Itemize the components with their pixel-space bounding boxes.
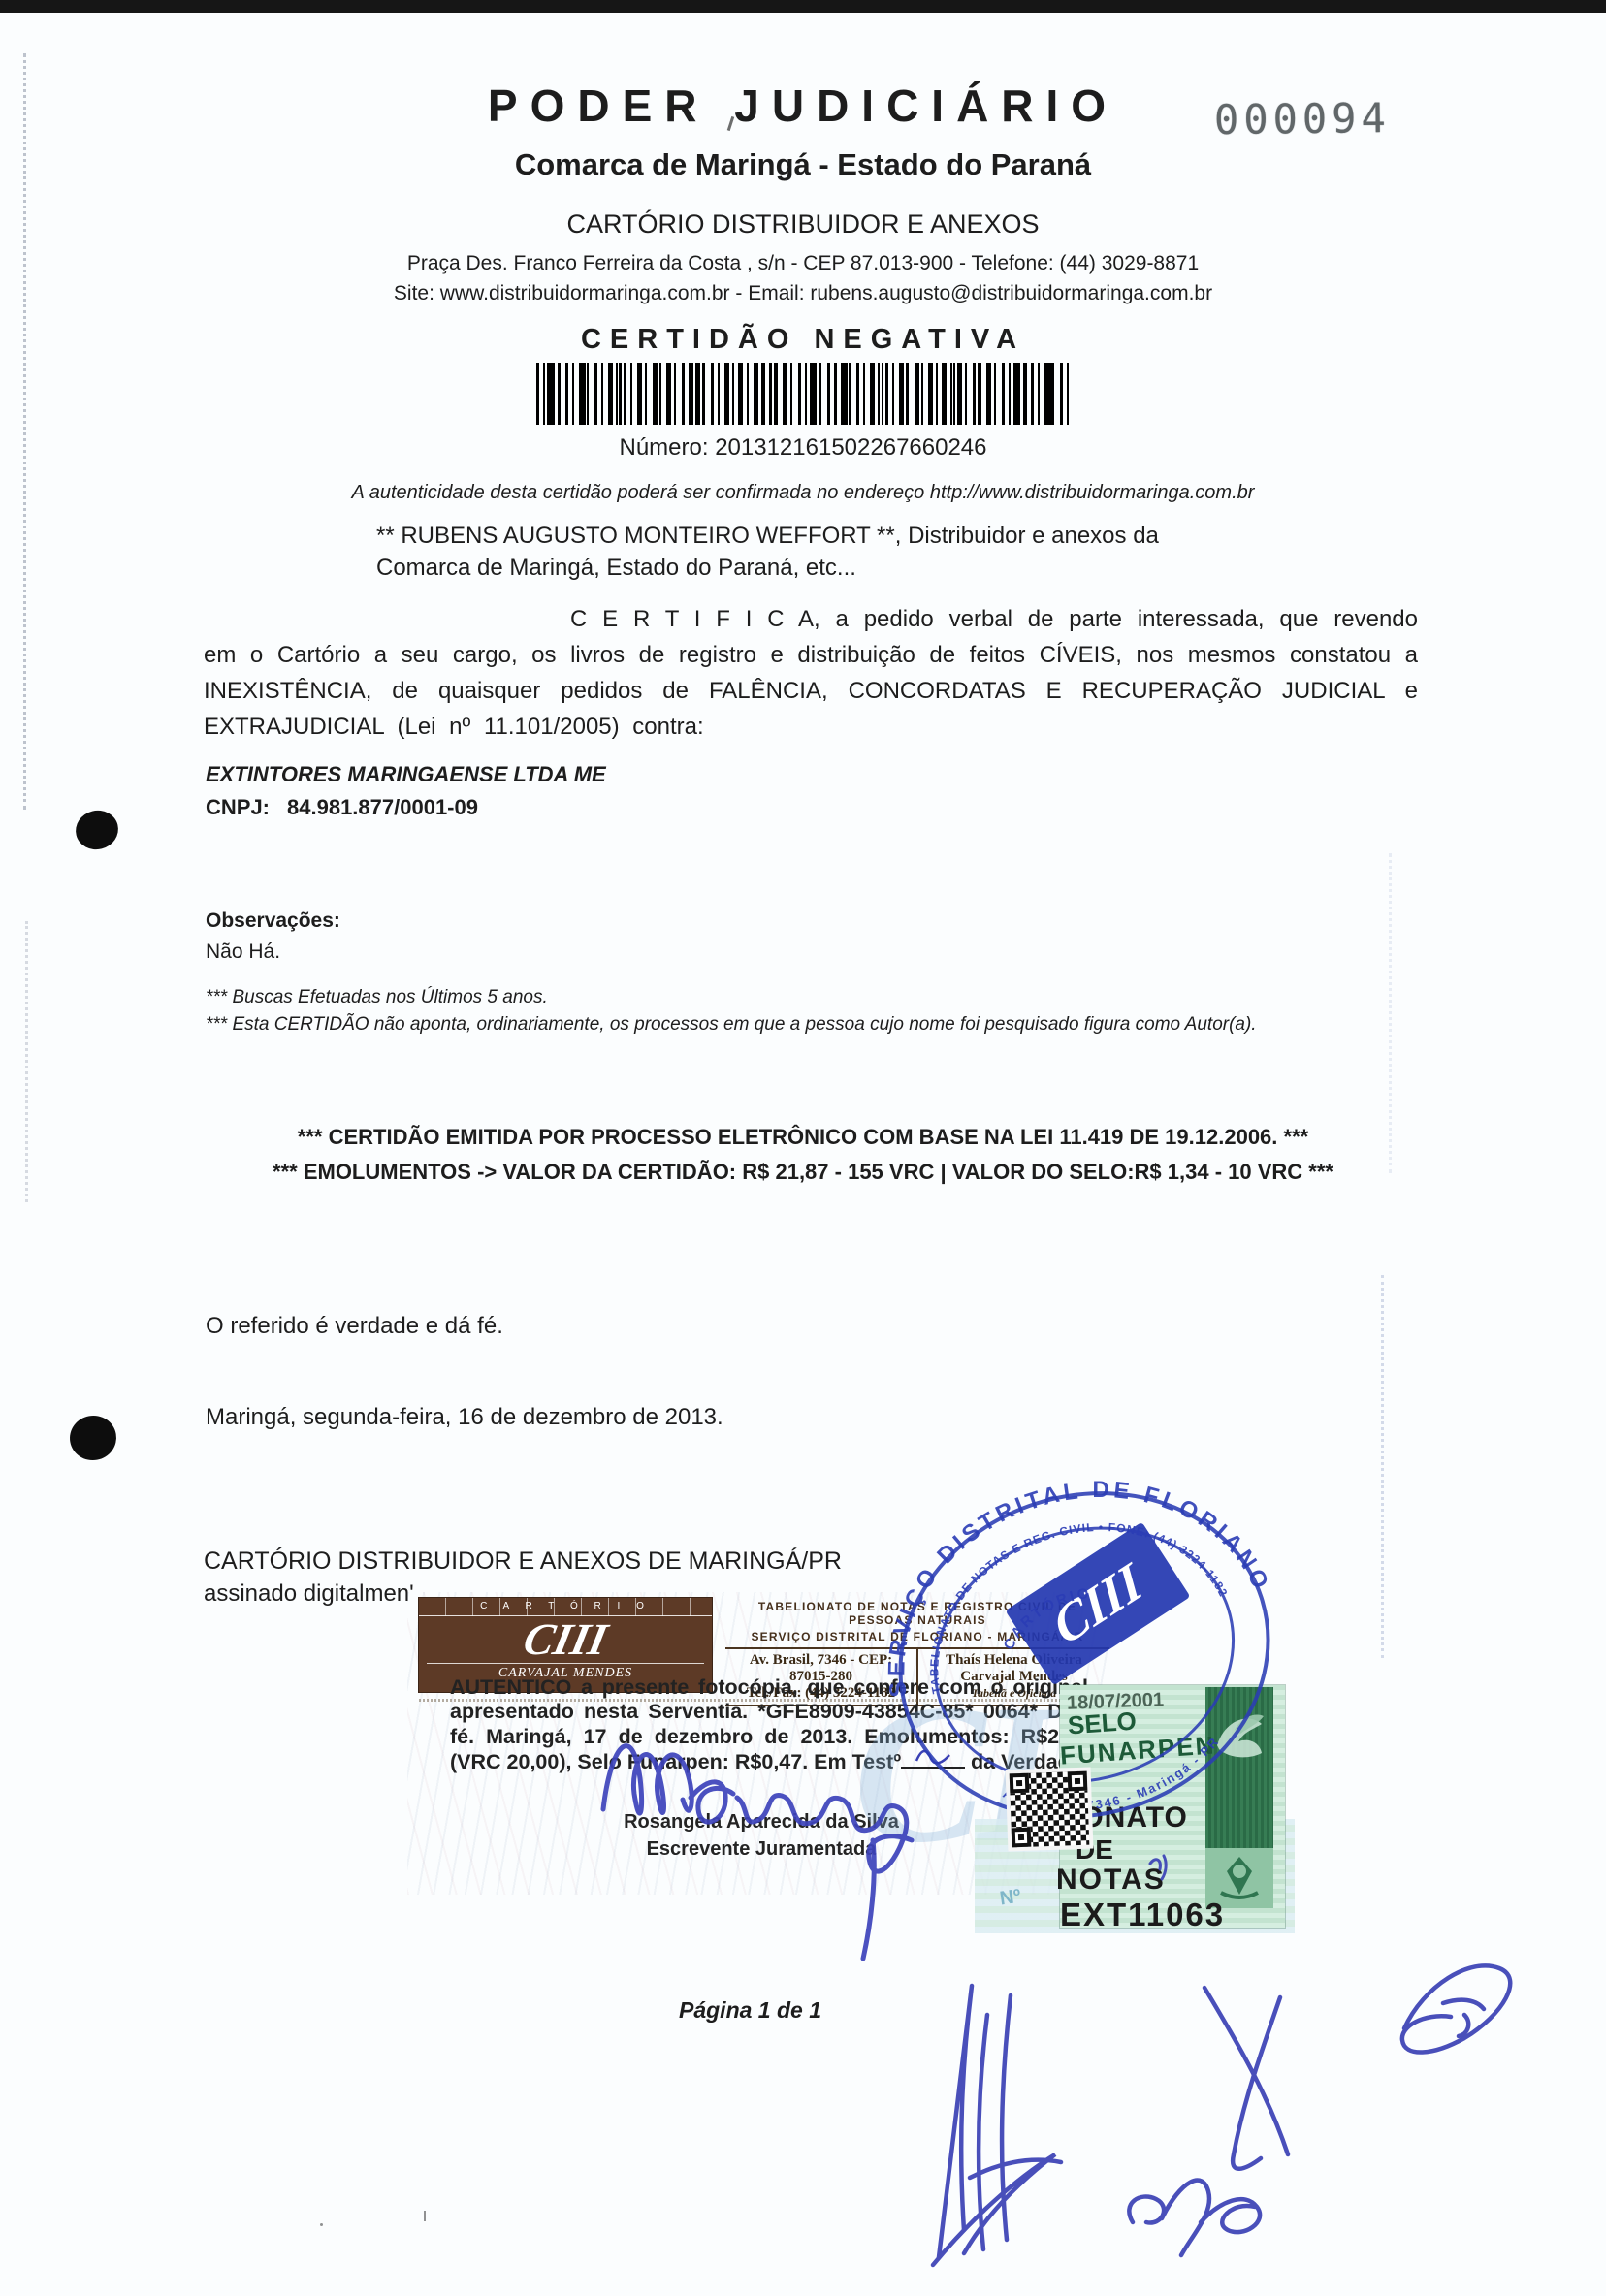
observations-value: Não Há. (206, 941, 280, 964)
certificate-number: Número: 201312161502267660246 (0, 434, 1606, 462)
footnote-searches: *** Buscas Efetuadas nos Últimos 5 anos. (206, 987, 548, 1008)
office-name: CARTÓRIO DISTRIBUIDOR E ANEXOS (0, 209, 1606, 239)
svg-text:CARTÓRIO: CARTÓRIO (990, 1581, 1103, 1656)
scanned-certificate-page: PODER JUDICIÁRIO 000094 Comarca de Marin… (0, 0, 1606, 2296)
page-subtitle: Comarca de Maringá - Estado do Paraná (0, 147, 1606, 182)
scan-pen-mark (320, 2223, 323, 2226)
signature-oval (1402, 1965, 1510, 2052)
certificate-title: CERTIDÃO NEGATIVA (0, 324, 1606, 356)
barcode (536, 363, 1070, 425)
cnpj-label: CNPJ: (206, 795, 270, 819)
certifies-paragraph: C E R T I F I C A, a pedido verbal de pa… (204, 601, 1418, 745)
authenticity-note: A autenticidade desta certidão poderá se… (0, 482, 1606, 504)
signature-initials (1129, 2196, 1164, 2222)
emission-line-fees: *** EMOLUMENTOS -> VALOR DA CERTIDÃO: R$… (0, 1160, 1606, 1185)
digital-signature-note: assinado digitalmen' (204, 1580, 414, 1608)
page-number-label: Página 1 de 1 (679, 1997, 821, 2024)
authentication-strong: AUTENTICO (450, 1675, 571, 1699)
subject-cnpj: CNPJ:84.981.877/0001-09 (206, 795, 478, 820)
registrar-paragraph: ** RUBENS AUGUSTO MONTEIRO WEFFORT **, D… (376, 520, 1175, 584)
certifies-lead: C E R T I F I C A, (570, 606, 820, 632)
cnpj-value: 84.981.877/0001-09 (287, 795, 478, 819)
emission-line-law: *** CERTIDÃO EMITIDA POR PROCESSO ELETRÔ… (0, 1125, 1606, 1150)
truth-statement: O referido é verdade e dá fé. (206, 1313, 503, 1340)
sequence-stamp-number: 000094 (1214, 94, 1391, 143)
punch-hole (72, 806, 122, 853)
scan-top-edge (0, 0, 1606, 13)
office-address: Praça Des. Franco Ferreira da Costa , s/… (0, 252, 1606, 275)
notary-logo-mark: CIII (414, 1616, 717, 1663)
qr-code (1006, 1767, 1094, 1851)
signature-tall (939, 1986, 972, 2257)
scan-pen-mark (424, 2211, 426, 2221)
signature-scribbles (824, 1842, 1561, 2296)
subject-name: EXTINTORES MARINGAENSE LTDA ME (206, 762, 606, 787)
round-stamp-center-label: CARTÓRIO (990, 1581, 1103, 1656)
observations-label: Observações: (206, 909, 340, 933)
scan-right-artifacts (1381, 1275, 1384, 1658)
punch-hole (66, 1412, 119, 1464)
footnote-author: *** Esta CERTIDÃO não aponta, ordinariam… (206, 1014, 1257, 1036)
office-contact: Site: www.distribuidormaringa.com.br - E… (0, 282, 1606, 305)
date-line: Maringá, segunda-feira, 16 de dezembro d… (206, 1404, 723, 1431)
closing-office: CARTÓRIO DISTRIBUIDOR E ANEXOS DE MARING… (204, 1547, 842, 1576)
